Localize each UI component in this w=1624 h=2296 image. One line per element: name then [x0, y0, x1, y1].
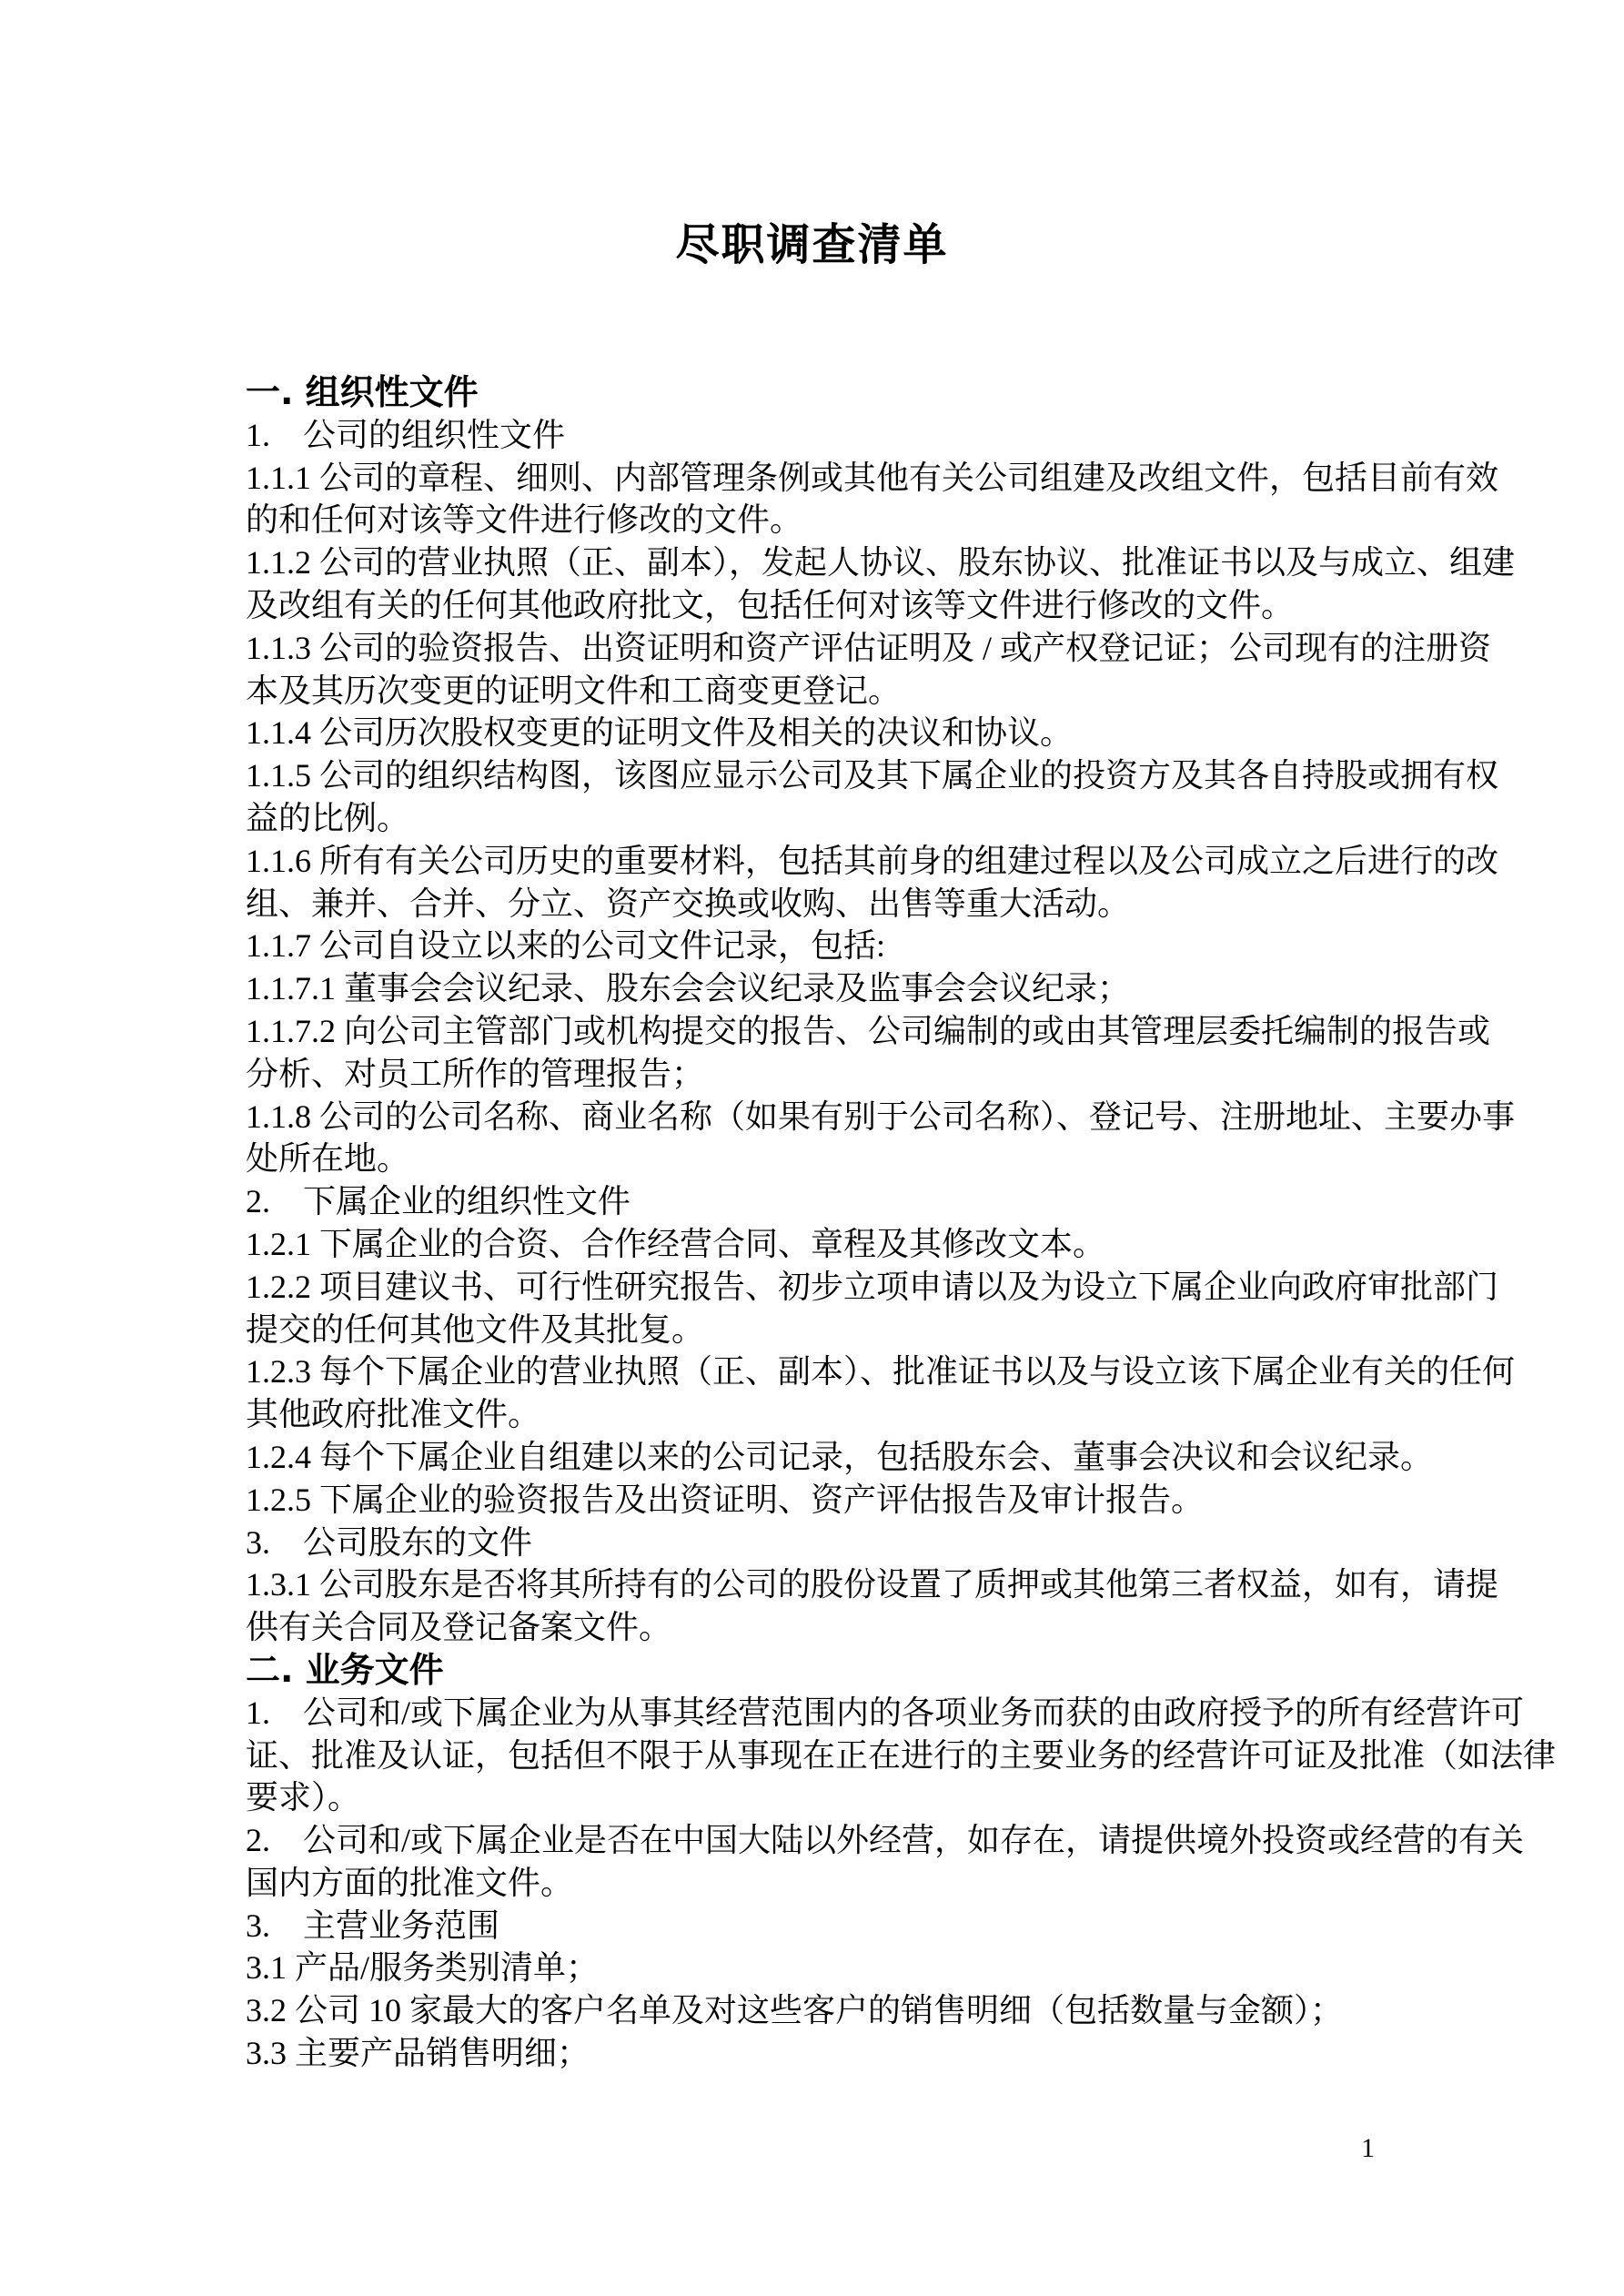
text-line: 1.1.5 公司的组织结构图，该图应显示公司及其下属企业的投资方及其各自持股或拥…	[246, 754, 1387, 797]
text-line: 1.2.3 每个下属企业的营业执照（正、副本）、批准证书以及与设立该下属企业有关…	[246, 1350, 1387, 1393]
text-line: 1.1.7 公司自设立以来的公司文件记录，包括:	[246, 925, 1387, 967]
text-line: 益的比例。	[246, 797, 1387, 840]
text-line: 1.1.6 所有有关公司历史的重要材料，包括其前身的组建过程以及公司成立之后进行…	[246, 840, 1387, 883]
document-body: 一. 组织性文件1. 公司的组织性文件1.1.1 公司的章程、细则、内部管理条例…	[246, 371, 1387, 2075]
text-line: 3.1 产品/服务类别清单；	[246, 1947, 1387, 1989]
text-line: 1. 公司和/或下属企业为从事其经营范围内的各项业务而获的由政府授予的所有经营许…	[246, 1692, 1387, 1735]
text-line: 3.2 公司 10 家最大的客户名单及对这些客户的销售明细（包括数量与金额）；	[246, 1989, 1387, 2032]
text-line: 1.1.7.1 董事会会议纪录、股东会会议纪录及监事会会议纪录；	[246, 967, 1387, 1010]
text-line: 1.2.2 项目建议书、可行性研究报告、初步立项申请以及为设立下属企业向政府审批…	[246, 1266, 1387, 1309]
text-line: 1.1.4 公司历次股权变更的证明文件及相关的决议和协议。	[246, 712, 1387, 754]
text-line: 1.2.1 下属企业的合资、合作经营合同、章程及其修改文本。	[246, 1223, 1387, 1266]
text-line: 1.1.7.2 向公司主管部门或机构提交的报告、公司编制的或由其管理层委托编制的…	[246, 1010, 1387, 1053]
text-line: 3. 公司股东的文件	[246, 1522, 1387, 1564]
text-line: 证、批准及认证，包括但不限于从事现在正在进行的主要业务的经营许可证及批准（如法律	[246, 1735, 1387, 1777]
text-line: 1.1.3 公司的验资报告、出资证明和资产评估证明及 / 或产权登记证；公司现有…	[246, 627, 1387, 670]
document-title: 尽职调查清单	[0, 209, 1624, 272]
text-line: 组、兼并、合并、分立、资产交换或收购、出售等重大活动。	[246, 883, 1387, 925]
text-line: 1.3.1 公司股东是否将其所持有的公司的股份设置了质押或其他第三者权益，如有，…	[246, 1563, 1387, 1606]
text-line: 处所在地。	[246, 1138, 1387, 1180]
text-line: 3.3 主要产品销售明细；	[246, 2032, 1387, 2075]
text-line: 1. 公司的组织性文件	[246, 414, 1387, 457]
text-line: 1.1.1 公司的章程、细则、内部管理条例或其他有关公司组建及改组文件，包括目前…	[246, 457, 1387, 500]
text-line: 及改组有关的任何其他政府批文，包括任何对该等文件进行修改的文件。	[246, 584, 1387, 627]
text-line: 1.2.4 每个下属企业自组建以来的公司记录，包括股东会、董事会决议和会议纪录。	[246, 1436, 1387, 1479]
text-line: 提交的任何其他文件及其批复。	[246, 1309, 1387, 1351]
text-line: 本及其历次变更的证明文件和工商变更登记。	[246, 670, 1387, 713]
page-number: 1	[1361, 2133, 1375, 2164]
text-line: 3. 主营业务范围	[246, 1905, 1387, 1947]
text-line: 1.1.8 公司的公司名称、商业名称（如果有别于公司名称）、登记号、注册地址、主…	[246, 1096, 1387, 1138]
section-heading: 一. 组织性文件	[246, 371, 1387, 414]
text-line: 2. 公司和/或下属企业是否在中国大陆以外经营，如存在，请提供境外投资或经营的有…	[246, 1819, 1387, 1862]
text-line: 分析、对员工所作的管理报告；	[246, 1053, 1387, 1096]
text-line: 其他政府批准文件。	[246, 1393, 1387, 1436]
text-line: 2. 下属企业的组织性文件	[246, 1180, 1387, 1223]
text-line: 供有关合同及登记备案文件。	[246, 1606, 1387, 1649]
text-line: 1.2.5 下属企业的验资报告及出资证明、资产评估报告及审计报告。	[246, 1479, 1387, 1522]
document-page: 尽职调查清单 一. 组织性文件1. 公司的组织性文件1.1.1 公司的章程、细则…	[0, 0, 1624, 2296]
text-line: 要求）。	[246, 1776, 1387, 1819]
text-line: 的和任何对该等文件进行修改的文件。	[246, 499, 1387, 541]
text-line: 1.1.2 公司的营业执照（正、副本），发起人协议、股东协议、批准证书以及与成立…	[246, 541, 1387, 584]
text-line: 国内方面的批准文件。	[246, 1862, 1387, 1905]
section-heading: 二. 业务文件	[246, 1649, 1387, 1692]
